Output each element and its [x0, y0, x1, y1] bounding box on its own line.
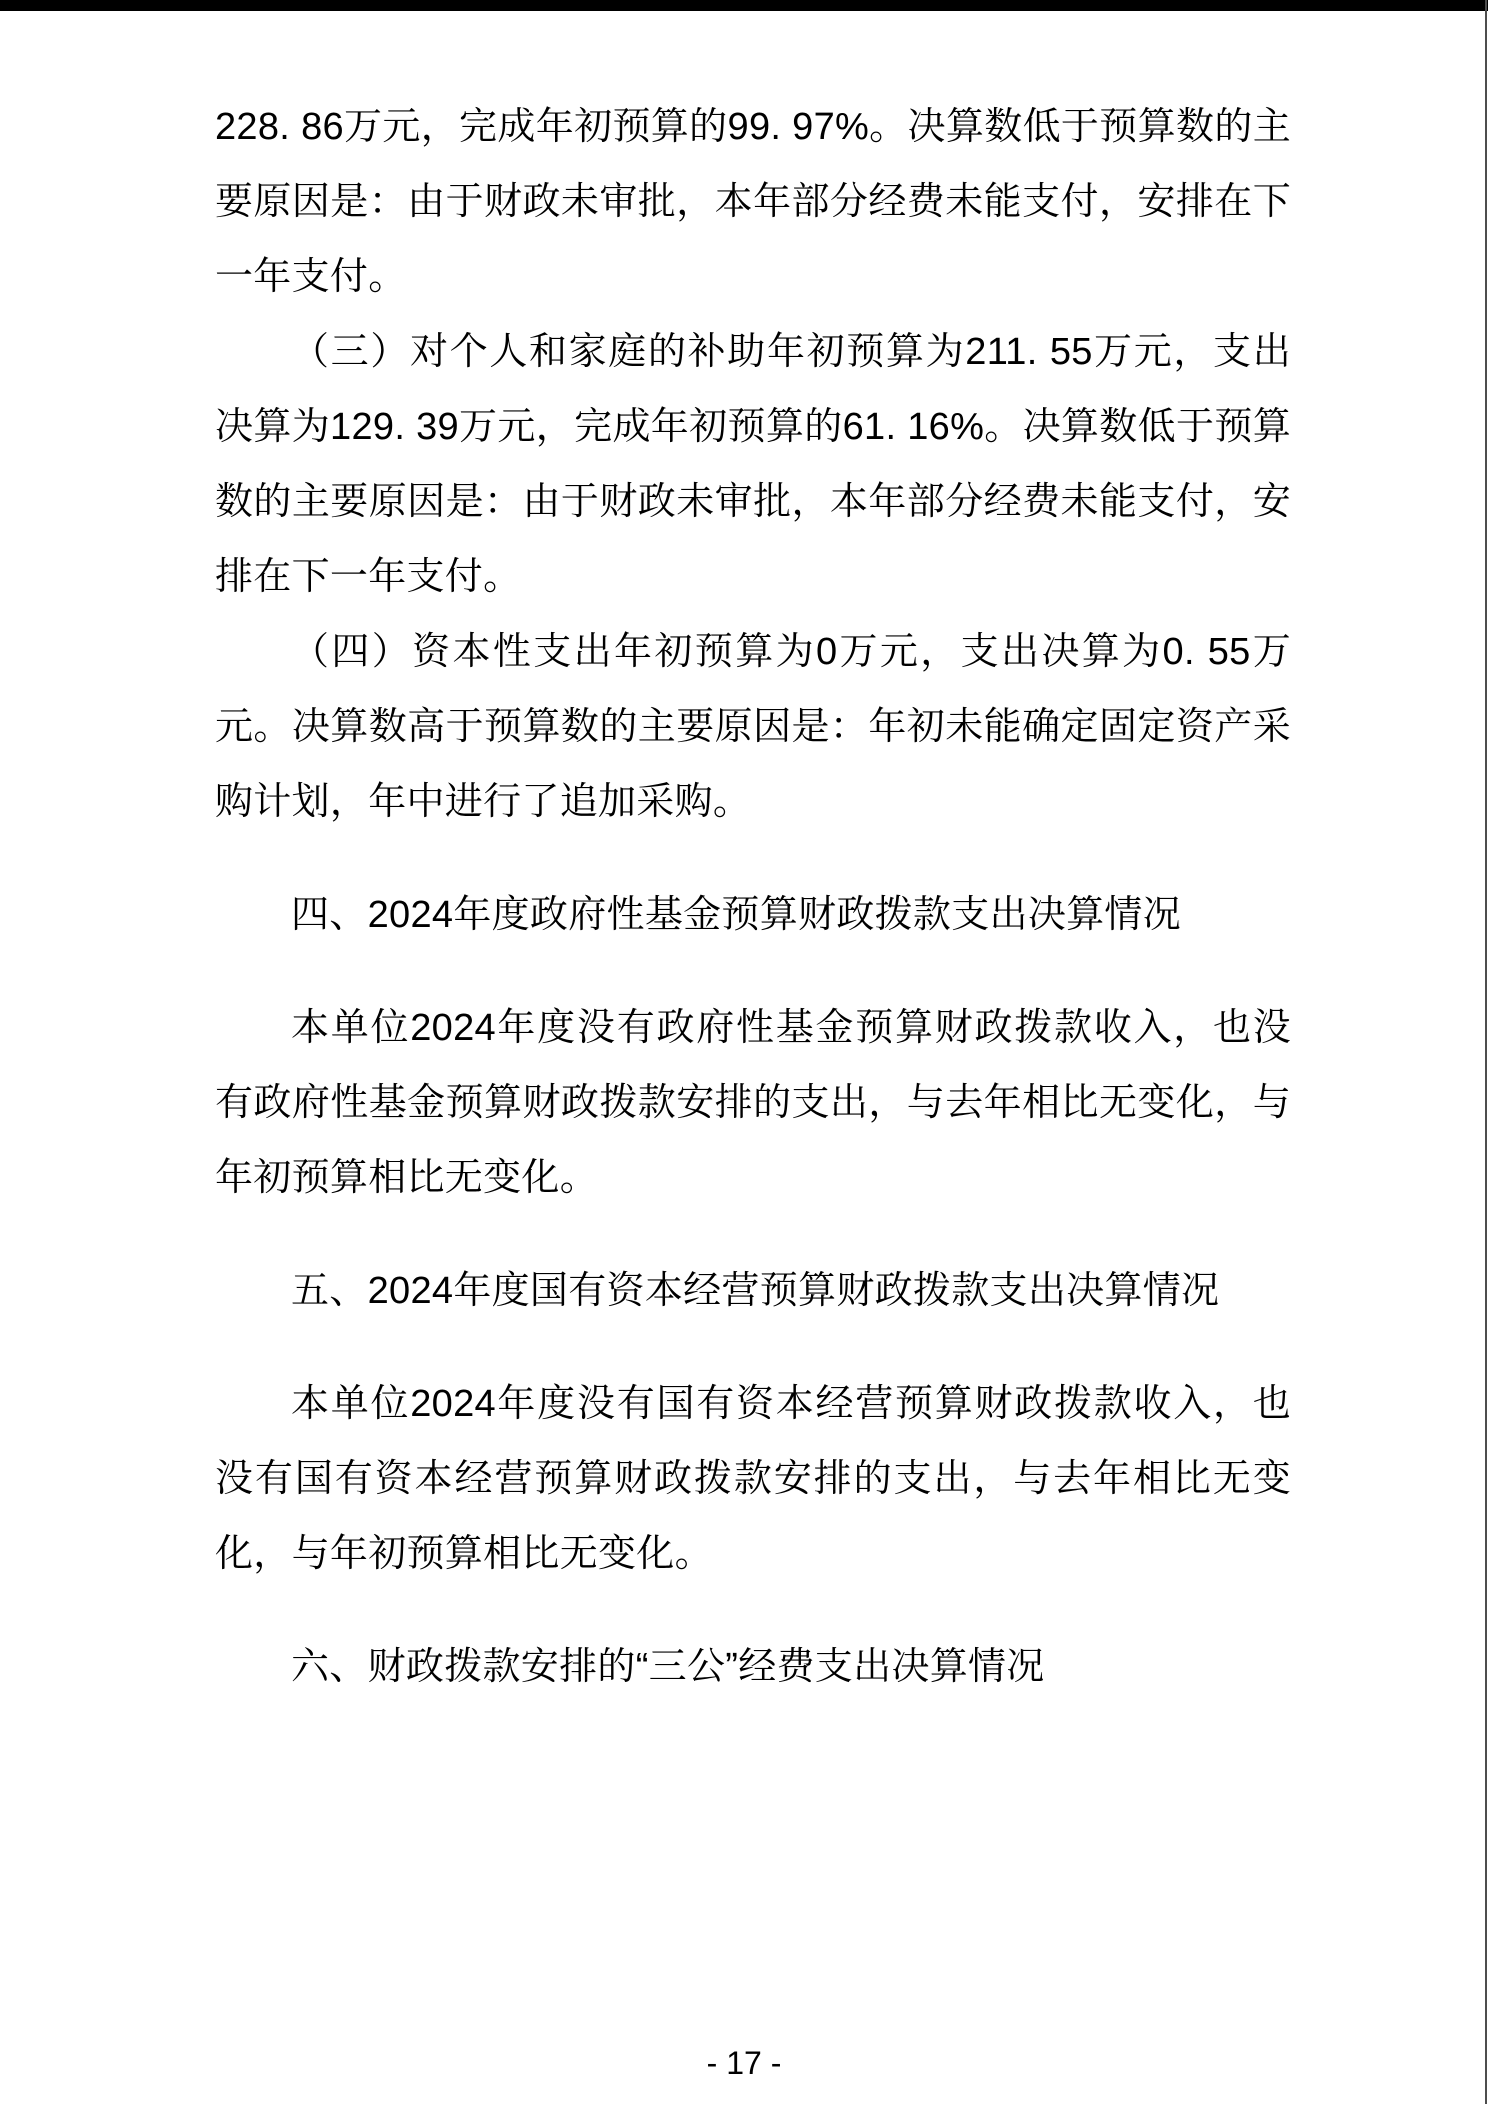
heading-section-five-state-capital: 五、2024年度国有资本经营预算财政拨款支出决算情况 [215, 1254, 1291, 1329]
heading-section-six-three-public-expense: 六、财政拨款安排的“三公”经费支出决算情况 [215, 1630, 1291, 1705]
paragraph-item-four-capital-expense: （四）资本性支出年初预算为0万元，支出决算为0. 55万元。决算数高于预算数的主… [215, 615, 1291, 840]
document-content: 228. 86万元，完成年初预算的99. 97%。决算数低于预算数的主要原因是：… [215, 0, 1291, 1743]
paragraph-basic-expense-continuation: 228. 86万元，完成年初预算的99. 97%。决算数低于预算数的主要原因是：… [215, 90, 1291, 315]
document-page: 228. 86万元，完成年初预算的99. 97%。决算数低于预算数的主要原因是：… [0, 0, 1488, 2104]
page-number: - 17 - [0, 2046, 1488, 2080]
paragraph-section-four-government-fund: 本单位2024年度没有政府性基金预算财政拨款收入，也没有政府性基金预算财政拨款安… [215, 991, 1291, 1216]
heading-section-four-government-fund: 四、2024年度政府性基金预算财政拨款支出决算情况 [215, 878, 1291, 953]
scan-edge-right [1485, 0, 1487, 2104]
paragraph-item-three-subsidies: （三）对个人和家庭的补助年初预算为211. 55万元，支出决算为129. 39万… [215, 315, 1291, 615]
paragraph-section-five-state-capital: 本单位2024年度没有国有资本经营预算财政拨款收入，也没有国有资本经营预算财政拨… [215, 1367, 1291, 1592]
